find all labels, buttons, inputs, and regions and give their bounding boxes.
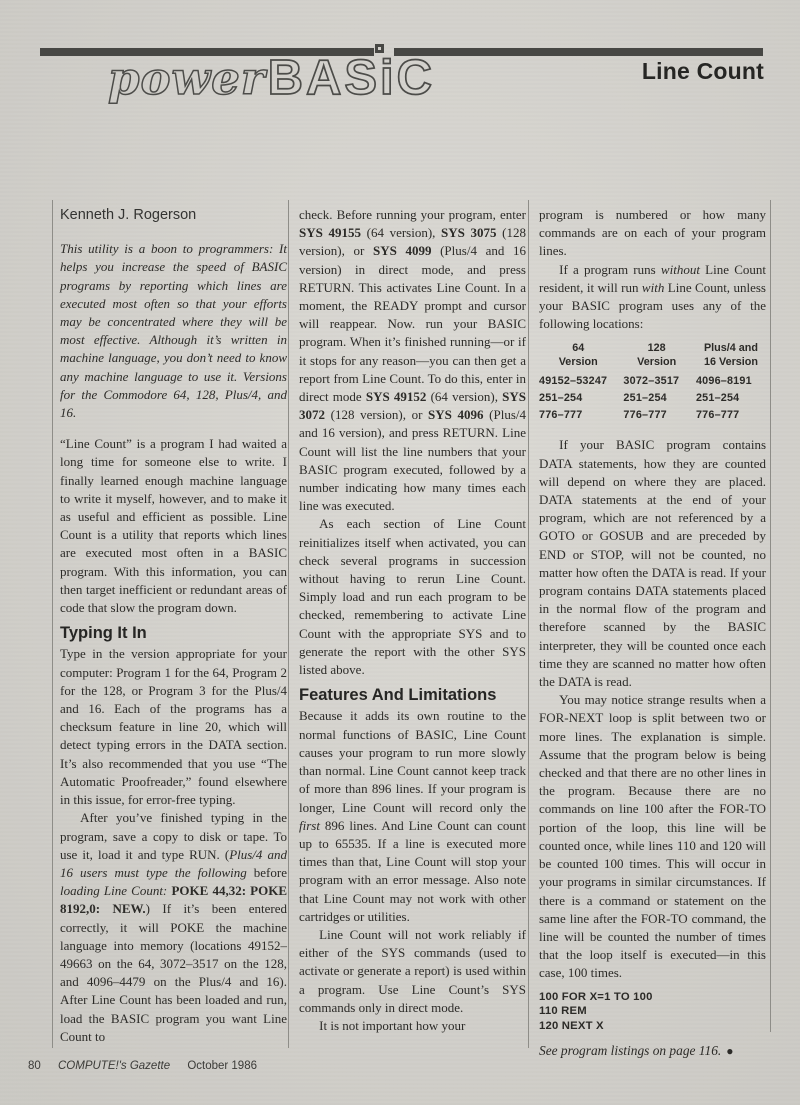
column-rule <box>288 200 289 1048</box>
table-cell: 3072–3517 <box>623 375 690 389</box>
issue-date: October 1986 <box>187 1060 257 1072</box>
header-rule-right <box>394 48 763 56</box>
intro-paragraph: This utility is a boon to programmers: I… <box>60 240 287 422</box>
paragraph: If your BASIC program contains DATA stat… <box>539 436 766 691</box>
table-cell: 776–777 <box>623 409 690 423</box>
paragraph: check. Before running your program, ente… <box>299 206 526 515</box>
page-number: 80 <box>28 1060 41 1072</box>
table-cell: 251–254 <box>623 392 690 406</box>
code-line: 100 FOR X=1 TO 100 <box>539 990 766 1005</box>
logo-power-text: power <box>108 52 266 105</box>
code-line: 110 REM <box>539 1004 766 1019</box>
logo-basic-text: BASiC <box>268 51 435 105</box>
table-header-cell: Plus/4 and 16 Version <box>696 342 766 369</box>
paragraph: After you’ve finished typing in the prog… <box>60 809 287 1046</box>
article-title: Line Count <box>642 58 764 85</box>
table-cell: 776–777 <box>539 409 617 423</box>
paragraph: program is numbered or how many commands… <box>539 206 766 261</box>
author-byline: Kenneth J. Rogerson <box>60 206 287 224</box>
column-3: program is numbered or how many commands… <box>539 206 766 1060</box>
table-header-cell: 64 Version <box>539 342 617 369</box>
table-cell: 251–254 <box>696 392 766 406</box>
paragraph: Type in the version appropriate for your… <box>60 645 287 809</box>
table-cell: 776–777 <box>696 409 766 423</box>
table-cell: 251–254 <box>539 392 617 406</box>
paragraph: “Line Count” is a program I had waited a… <box>60 435 287 617</box>
paragraph: It is not important how your <box>299 1017 526 1035</box>
paragraph: If a program runs without Line Count res… <box>539 261 766 334</box>
paragraph: Because it adds its own routine to the n… <box>299 707 526 925</box>
basic-code-listing: 100 FOR X=1 TO 100110 REM120 NEXT X <box>539 990 766 1034</box>
page-footer: 80 COMPUTE!'s Gazette October 1986 <box>28 1060 257 1072</box>
section-heading: Features And Limitations <box>299 686 526 704</box>
code-line: 120 NEXT X <box>539 1019 766 1034</box>
column-rule <box>52 200 53 1048</box>
power-basic-logo: powerBASiC <box>108 50 435 106</box>
column-2: check. Before running your program, ente… <box>299 206 526 1035</box>
column-rule <box>528 200 529 1048</box>
paragraph: Line Count will not work reliably if eit… <box>299 926 526 1017</box>
table-header-cell: 128 Version <box>623 342 690 369</box>
paragraph: You may notice strange results when a FO… <box>539 691 766 982</box>
magazine-name: COMPUTE!'s Gazette <box>58 1060 170 1072</box>
paragraph: As each section of Line Count reinitiali… <box>299 515 526 679</box>
memory-locations-table: 64 Version128 VersionPlus/4 and 16 Versi… <box>539 342 766 426</box>
signoff-text: See program listings on page 116. <box>539 1043 721 1058</box>
column-rule <box>770 200 771 1032</box>
column-1: Kenneth J. RogersonThis utility is a boo… <box>60 206 287 1046</box>
table-cell: 49152–53247 <box>539 375 617 389</box>
signoff-line: See program listings on page 116.● <box>539 1042 766 1060</box>
section-heading: Typing It In <box>60 624 287 642</box>
table-cell: 4096–8191 <box>696 375 766 389</box>
end-of-article-mark: ● <box>726 1044 733 1058</box>
